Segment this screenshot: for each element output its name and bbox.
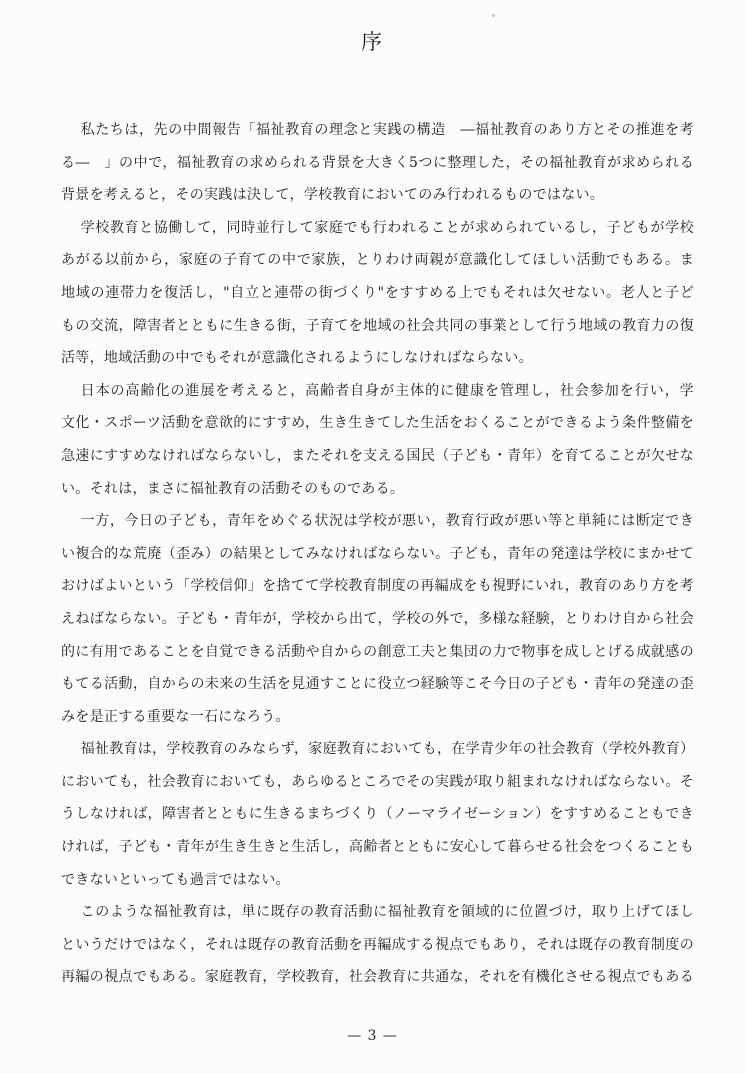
text-line: い複合的な荒廃（歪み）の結果としてみなければならない。子ども，青年の発達は学校に… xyxy=(61,538,694,571)
body-text: 私たちは，先の中間報告「福祉教育の理念と実践の構造 ―福祉教育のあり方とその推進… xyxy=(61,114,694,994)
text-line: においても，社会教育においても，あらゆるところでその実践が取り組まれなければなら… xyxy=(61,766,694,799)
text-line: 的に有用であることを自覚できる活動や自からの創意工夫と集団の力で物事を成しとげる… xyxy=(61,636,694,669)
text-line: みを是正する重要な一石になろう。 xyxy=(61,701,694,734)
text-line: もてる活動，自からの未来の生活を見通すことに役立つ経験等こそ今日の子ども・青年の… xyxy=(61,668,694,701)
page-title: 序 xyxy=(0,26,745,56)
scan-speck xyxy=(492,14,495,17)
text-line: このような福祉教育は，単に既存の教育活動に福祉教育を領域的に位置づけ，取り上げて… xyxy=(61,896,694,929)
text-line: 再編の視点でもある。家庭教育，学校教育，社会教育に共通な，それを有機化させる視点… xyxy=(61,961,694,994)
text-line: 背景を考えると，その実践は決して，学校教育においてのみ行われるものではない。 xyxy=(61,179,694,212)
text-line: あがる以前から，家庭の子育ての中で家族，とりわけ両親が意識化してほしい活動でもあ… xyxy=(61,244,694,277)
text-line: ければ，子ども・青年が生き生きと生活し，高齢者とともに安心して暮らせる社会をつく… xyxy=(61,831,694,864)
document-page: 序 私たちは，先の中間報告「福祉教育の理念と実践の構造 ―福祉教育のあり方とその… xyxy=(0,0,745,1073)
text-line: えねばならない。子ども・青年が，学校から出て，学校の外で，多様な経験，とりわけ自… xyxy=(61,603,694,636)
page-number: — 3 — xyxy=(0,1028,745,1044)
text-line: うしなければ，障害者とともに生きるまちづくり（ノーマライゼーション）をすすめるこ… xyxy=(61,798,694,831)
text-line: 活等，地域活動の中でもそれが意識化されるようにしなければならない。 xyxy=(61,342,694,375)
text-line: い。それは，まさに福祉教育の活動そのものである。 xyxy=(61,473,694,506)
text-line: る― 」の中で，福祉教育の求められる背景を大きく5つに整理した，その福祉教育が求… xyxy=(61,147,694,180)
text-line: 私たちは，先の中間報告「福祉教育の理念と実践の構造 ―福祉教育のあり方とその推進… xyxy=(61,114,694,147)
text-line: 一方，今日の子ども，青年をめぐる状況は学校が悪い，教育行政が悪い等と単純には断定… xyxy=(61,505,694,538)
text-line: 地域の連帯力を復活し，"自立と連帯の街づくり"をすすめる上でもそれは欠せない。老… xyxy=(61,277,694,310)
text-line: おけばよいという「学校信仰」を捨てて学校教育制度の再編成をも視野にいれ，教育のあ… xyxy=(61,570,694,603)
text-line: というだけではなく，それは既存の教育活動を再編成する視点でもあり，それは既存の教… xyxy=(61,929,694,962)
text-line: もの交流，障害者とともに生きる街，子育てを地域の社会共同の事業として行う地域の教… xyxy=(61,310,694,343)
text-line: 福祉教育は，学校教育のみならず，家庭教育においても，在学青少年の社会教育（学校外… xyxy=(61,733,694,766)
text-line: 日本の高齢化の進展を考えると，高齢者自身が主体的に健康を管理し，社会参加を行い，… xyxy=(61,375,694,408)
text-line: できないといっても過言ではない。 xyxy=(61,864,694,897)
text-line: 文化・スポーツ活動を意欲的にすすめ，生き生きてした生活をおくることができるよう条… xyxy=(61,407,694,440)
text-line: 学校教育と協働して，同時並行して家庭でも行われることが求められているし，子どもが… xyxy=(61,212,694,245)
text-line: 急速にすすめなければならないし，またそれを支える国民（子ども・青年）を育てること… xyxy=(61,440,694,473)
